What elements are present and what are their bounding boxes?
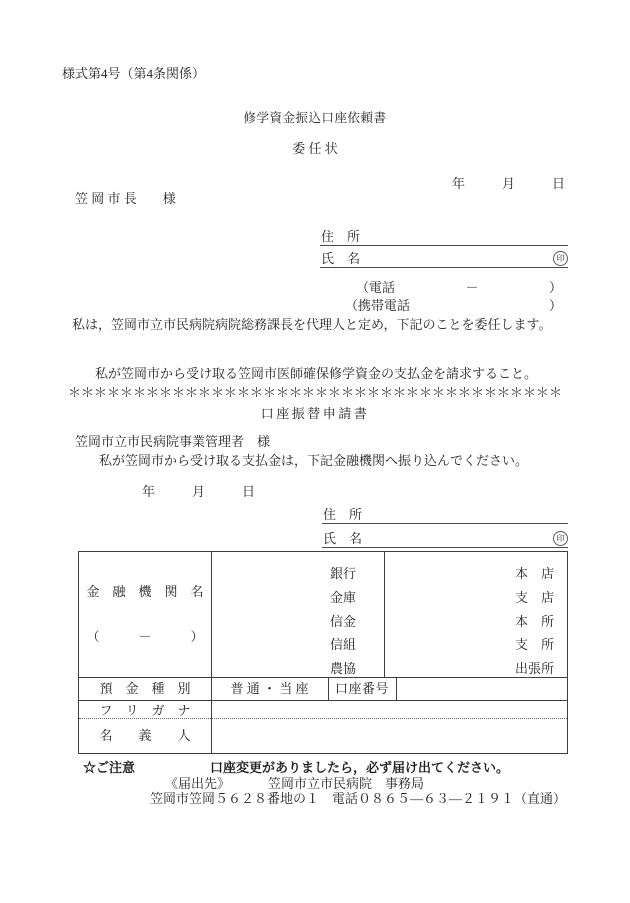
phone-dash: － bbox=[465, 280, 478, 296]
name-label: 氏 名 bbox=[322, 528, 362, 547]
holder-label: 名 義 人 bbox=[79, 728, 211, 744]
branch-type-shisho[interactable]: 支 所 bbox=[384, 634, 554, 653]
month-label: 月 bbox=[192, 484, 205, 500]
document-title: 修学資金振込口座依頼書 bbox=[0, 111, 630, 126]
phone-open: （電話 bbox=[356, 280, 395, 296]
year-label: 年 bbox=[142, 484, 155, 500]
institution-label: 金 融 機 関 名 bbox=[79, 584, 211, 600]
document-page: 様式第4号（第4条関係） 修学資金振込口座依頼書 委 任 状 年 月 日 笠 岡… bbox=[0, 0, 630, 903]
deposit-type-label: 預 金 種 別 bbox=[79, 677, 211, 700]
institution-type-shinkumi[interactable]: 信組 bbox=[211, 634, 356, 653]
seal-mark-icon: 印 bbox=[553, 531, 568, 546]
transfer-addressee: 笠岡市立市民病院事業管理者 様 bbox=[75, 434, 270, 450]
mobile-phone-field[interactable]: （携帯電話 ） bbox=[345, 298, 562, 314]
delegation-statement: 私は，笠岡市立市民病院病院総務課長を代理人と定め，下記のことを委任します。 bbox=[72, 317, 551, 333]
form-number: 様式第4号（第4条関係） bbox=[62, 66, 205, 82]
branch-type-options[interactable]: 本 店 支 店 本 所 支 所 出張所 bbox=[384, 552, 567, 677]
transfer-instruction: 私が笠岡市から受け取る支払金は，下記金融機関へ振り込んでください。 bbox=[99, 453, 528, 469]
power-of-attorney-title: 委 任 状 bbox=[0, 141, 630, 157]
bank-account-table: 金 融 機 関 名 （ － ） 銀行 金庫 信金 信組 農協 本 店 支 店 本… bbox=[78, 551, 568, 754]
holder-name-input[interactable] bbox=[212, 719, 567, 753]
institution-code-blank[interactable]: （ － ） bbox=[79, 629, 211, 645]
seal-mark-icon: 印 bbox=[553, 251, 568, 266]
transfer-name-field[interactable]: 氏 名 印 bbox=[322, 533, 568, 548]
destination-label: 《届出先》 bbox=[165, 776, 230, 792]
transfer-name-blank[interactable] bbox=[362, 533, 553, 547]
mobile-open: （携帯電話 bbox=[345, 298, 410, 314]
year-label: 年 bbox=[452, 176, 465, 192]
notice-label: ☆ご注意 bbox=[83, 760, 135, 776]
mobile-close: ） bbox=[549, 298, 562, 314]
notice-text: 口座変更がありましたら，必ず届け出てください。 bbox=[210, 760, 509, 776]
institution-type-kinko[interactable]: 金庫 bbox=[211, 587, 356, 606]
furigana-label: フ リ ガ ナ bbox=[79, 703, 211, 719]
transfer-address-blank[interactable] bbox=[362, 509, 568, 523]
office-address-phone: 笠岡市笠岡５６２８番地の１ 電話０８６５―６３―２１９１（直通） bbox=[150, 791, 566, 807]
poa-name-field[interactable]: 氏 名 印 bbox=[320, 252, 568, 268]
institution-type-options[interactable]: 銀行 金庫 信金 信組 農協 bbox=[211, 552, 384, 677]
institution-type-bank[interactable]: 銀行 bbox=[211, 563, 356, 582]
poa-address-field[interactable]: 住 所 bbox=[320, 230, 568, 246]
branch-type-honsho[interactable]: 本 所 bbox=[384, 611, 554, 630]
poa-address-blank[interactable] bbox=[360, 230, 568, 245]
institution-type-nokyo[interactable]: 農協 bbox=[211, 658, 356, 677]
destination-value: 笠岡市立市民病院 事務局 bbox=[268, 776, 424, 792]
transfer-date-blank[interactable]: 年 月 日 bbox=[142, 484, 255, 500]
poa-name-blank[interactable] bbox=[360, 252, 553, 267]
asterisk-separator: ＊＊＊＊＊＊＊＊＊＊＊＊＊＊＊＊＊＊＊＊＊＊＊＊＊＊＊＊＊＊＊＊＊＊＊＊＊＊ bbox=[0, 385, 630, 401]
transfer-address-field[interactable]: 住 所 bbox=[322, 509, 568, 524]
poa-date-blank[interactable]: 年 月 日 bbox=[452, 176, 565, 192]
poa-addressee: 笠 岡 市 長 様 bbox=[75, 191, 176, 207]
branch-type-shucchojo[interactable]: 出張所 bbox=[384, 658, 554, 677]
day-label: 日 bbox=[242, 484, 255, 500]
name-label: 氏 名 bbox=[320, 248, 360, 267]
transfer-form-title: 口座振替申請書 bbox=[0, 406, 630, 422]
deposit-type-options[interactable]: 普 通 ・ 当 座 bbox=[211, 677, 328, 700]
mandate-statement: 私が笠岡市から受け取る笠岡市医師確保修学資金の支払金を請求すること。 bbox=[95, 366, 537, 382]
day-label: 日 bbox=[552, 176, 565, 192]
phone-close: ） bbox=[549, 280, 562, 296]
phone-field[interactable]: （電話 － ） bbox=[356, 280, 562, 296]
address-label: 住 所 bbox=[322, 504, 362, 523]
branch-type-shiten[interactable]: 支 店 bbox=[384, 587, 554, 606]
branch-type-honten[interactable]: 本 店 bbox=[384, 563, 554, 582]
account-number-label: 口座番号 bbox=[328, 677, 396, 700]
account-number-input[interactable] bbox=[397, 678, 567, 700]
month-label: 月 bbox=[502, 176, 515, 192]
furigana-input[interactable] bbox=[212, 701, 567, 718]
address-label: 住 所 bbox=[320, 226, 360, 245]
institution-type-shinkin[interactable]: 信金 bbox=[211, 611, 356, 630]
